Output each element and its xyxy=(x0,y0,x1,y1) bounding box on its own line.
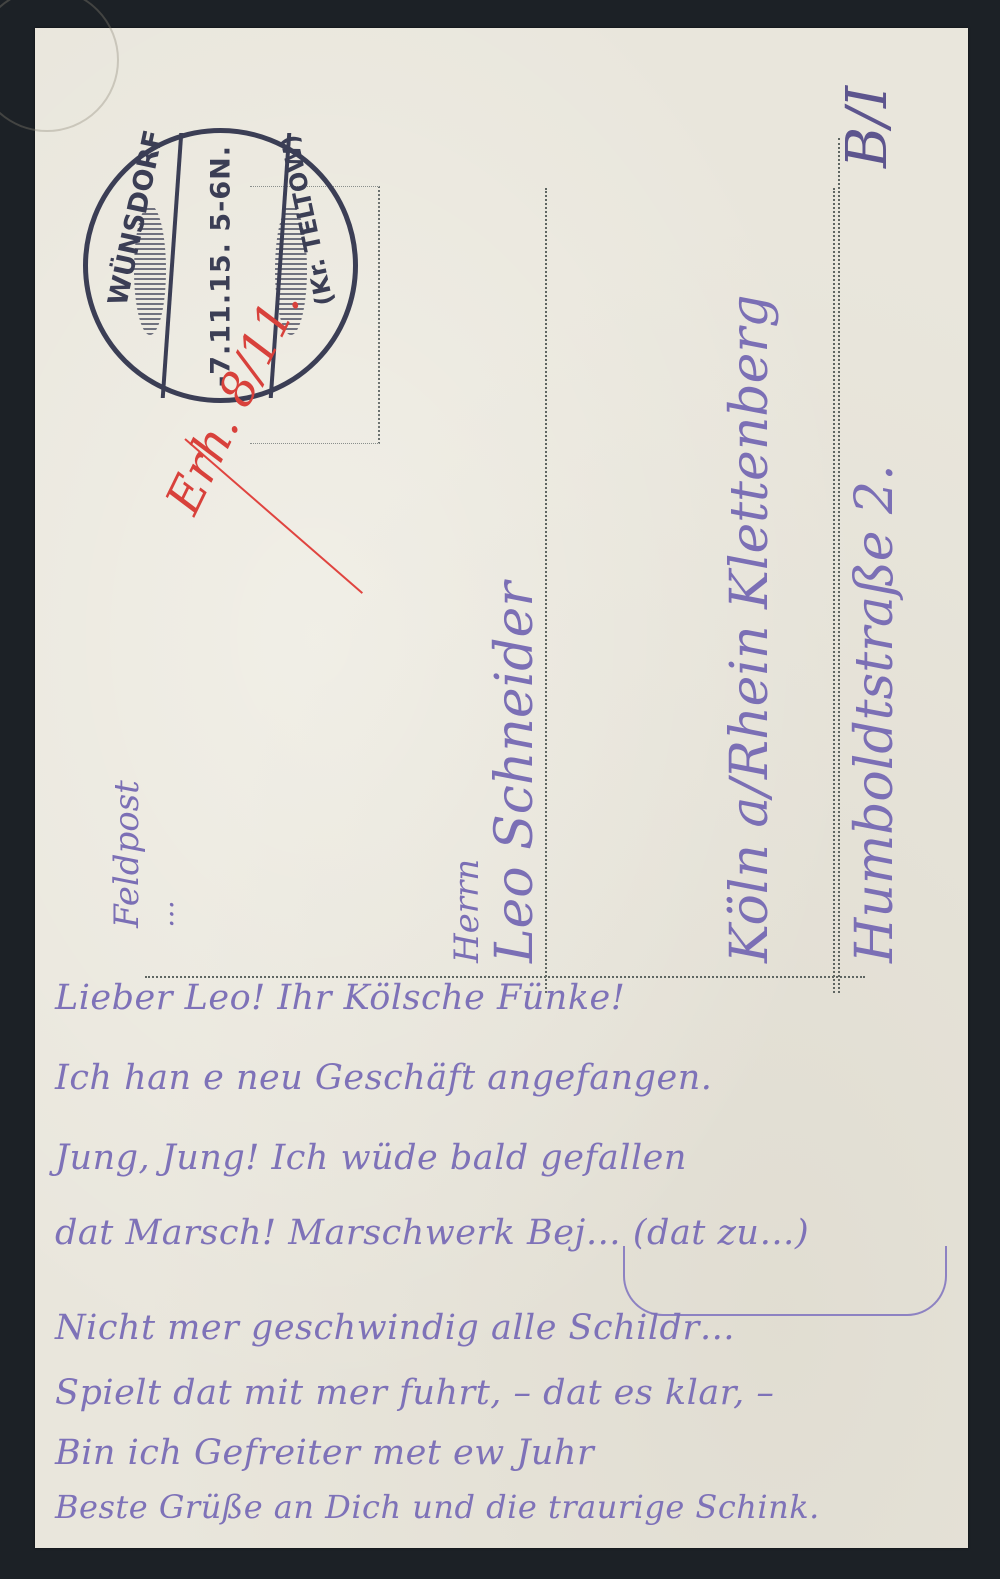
message-line-2: Ich han e neu Geschäft angefangen. xyxy=(55,1058,712,1098)
address-street: Humboldtstraße 2. xyxy=(845,464,905,963)
corner-note: B/I xyxy=(835,86,900,168)
address-city: Köln a/Rhein Klettenberg xyxy=(720,294,780,963)
message-line-3: Jung, Jung! Ich wüde bald gefallen xyxy=(55,1138,687,1178)
message-line-6: Spielt dat mit mer fuhrt, – dat es klar,… xyxy=(55,1373,774,1413)
corner-emboss-mark xyxy=(0,0,119,132)
address-line-2b xyxy=(838,138,840,993)
sender-note-1: Feldpost xyxy=(107,780,147,928)
message-line-1: Lieber Leo! Ihr Kölsche Fünke! xyxy=(55,978,625,1018)
postcard: WÜNSDORF -7.11.15. 5-6N. (Kr. TELTOW) Er… xyxy=(35,28,968,1548)
bracket-annotation xyxy=(623,1246,947,1316)
message-line-5: Nicht mer geschwindig alle Schildr… xyxy=(55,1308,735,1348)
message-line-8: Beste Grüße an Dich und die traurige Sch… xyxy=(55,1488,820,1526)
sender-note-2: … xyxy=(147,900,180,928)
message-line-7: Bin ich Gefreiter met ew Juhr xyxy=(55,1433,594,1473)
address-salutation: Herrn xyxy=(447,859,487,963)
address-line-1 xyxy=(545,188,547,993)
address-line-2 xyxy=(833,188,835,993)
address-name: Leo Schneider xyxy=(485,582,545,963)
